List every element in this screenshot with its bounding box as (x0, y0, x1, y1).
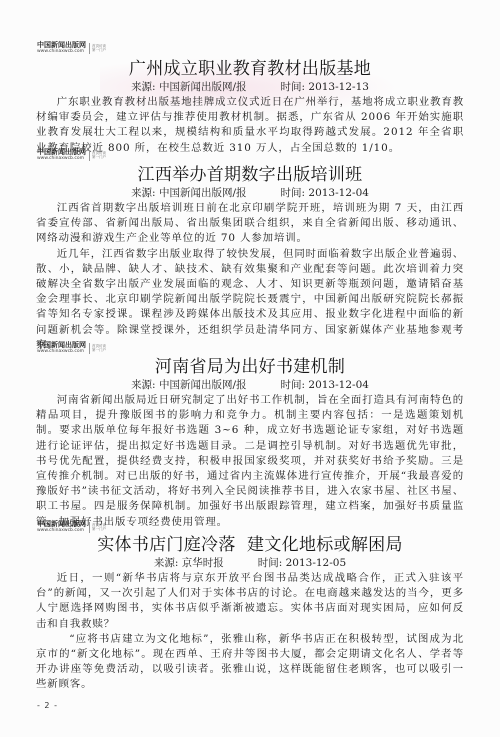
logo-divider (89, 150, 90, 161)
source-label: 来源: (131, 379, 156, 391)
article-paragraph: 近日，一则“新华书店将与京东开放平台图书品类达成战略合作，正式入驻该平台”的新闻… (36, 571, 464, 632)
article-guangzhou: 广州成立职业教育教材出版基地 来源: 中国新闻出版网/报时间: 2013-12-… (36, 58, 464, 156)
article-paragraph: 广东职业教育教材出版基地挂牌成立仪式近日在广州举行，基地将成立职业教育教材编审委… (36, 95, 464, 156)
article-paragraph: 江西省首期数字出版培训班日前在北京印刷学院开班，培训班为期 7 天，由江西省委宣… (36, 201, 464, 247)
logo-tag-2: 第一门户 (92, 348, 106, 352)
article-source: 中国新闻出版网/报 (159, 379, 247, 391)
time-label: 时间: (281, 379, 306, 391)
time-label: 时间: (281, 81, 306, 93)
article-source: 中国新闻出版网/报 (159, 187, 247, 199)
article-source: 京华时报 (182, 557, 224, 569)
article-date: 2013-12-04 (308, 187, 369, 199)
article-title: 实体书店门庭冷落 建文化地标或解困局 (36, 534, 464, 556)
document-page: 中国新闻出版网 www.chinaxwcb.com 首页访谈 第一门户 广州成立… (0, 0, 500, 737)
logo-url: www.chinaxwcb.com (37, 350, 86, 355)
article-bookstore: 实体书店门庭冷落 建文化地标或解困局 来源: 京华时报时间: 2013-12-0… (36, 534, 464, 693)
logo-tag-2: 第一门户 (92, 48, 106, 52)
logo-name: 中国新闻出版网 (37, 521, 86, 528)
article-meta: 来源: 中国新闻出版网/报时间: 2013-12-04 (36, 186, 464, 201)
chinaxwcb-logo: 中国新闻出版网 www.chinaxwcb.com 首页访谈 第一门户 (37, 341, 106, 355)
logo-tag-2: 第一门户 (92, 527, 106, 531)
logo-divider (89, 43, 90, 54)
logo-name: 中国新闻出版网 (37, 342, 86, 349)
article-paragraph: 近几年，江西省数字出版业取得了较快发展，但同时面临着数字出版企业普遍弱、散、小，… (36, 247, 464, 353)
logo-divider (89, 343, 90, 354)
article-title: 江西举办首期数字出版培训班 (36, 164, 464, 186)
article-paragraph: 河南省新闻出版局近日研究制定了出好书工作机制，旨在全面打造具有河南特色的精品项目… (36, 393, 464, 530)
chinaxwcb-logo: 中国新闻出版网 www.chinaxwcb.com 首页访谈 第一门户 (37, 520, 106, 534)
article-meta: 来源: 中国新闻出版网/报时间: 2013-12-13 (36, 80, 464, 95)
article-title: 河南省局为出好书建机制 (36, 356, 464, 378)
logo-name: 中国新闻出版网 (37, 149, 86, 156)
time-label: 时间: (281, 187, 306, 199)
source-label: 来源: (154, 557, 179, 569)
article-meta: 来源: 中国新闻出版网/报时间: 2013-12-04 (36, 378, 464, 393)
article-date: 2013-12-13 (308, 81, 369, 93)
logo-url: www.chinaxwcb.com (37, 50, 86, 55)
source-label: 来源: (131, 81, 156, 93)
logo-name: 中国新闻出版网 (37, 42, 86, 49)
logo-divider (89, 522, 90, 533)
chinaxwcb-logo: 中国新闻出版网 www.chinaxwcb.com 首页访谈 第一门户 (37, 41, 106, 55)
article-source: 中国新闻出版网/报 (159, 81, 247, 93)
article-date: 2013-12-05 (286, 557, 347, 569)
logo-tag-2: 第一门户 (92, 155, 106, 159)
source-label: 来源: (131, 187, 156, 199)
article-meta: 来源: 京华时报时间: 2013-12-05 (36, 556, 464, 571)
article-paragraph: “应将书店建立为文化地标”，张雅山称，新华书店正在积极转型，试图成为北京市的“新… (36, 632, 464, 693)
article-title: 广州成立职业教育教材出版基地 (36, 58, 464, 80)
article-henan: 河南省局为出好书建机制 来源: 中国新闻出版网/报时间: 2013-12-04 … (36, 356, 464, 530)
logo-url: www.chinaxwcb.com (37, 157, 86, 162)
time-label: 时间: (258, 557, 283, 569)
page-number: - 2 - (37, 701, 58, 710)
article-date: 2013-12-04 (308, 379, 369, 391)
article-jiangxi: 江西举办首期数字出版培训班 来源: 中国新闻出版网/报时间: 2013-12-0… (36, 164, 464, 353)
logo-url: www.chinaxwcb.com (37, 529, 86, 534)
chinaxwcb-logo: 中国新闻出版网 www.chinaxwcb.com 首页访谈 第一门户 (37, 148, 106, 162)
